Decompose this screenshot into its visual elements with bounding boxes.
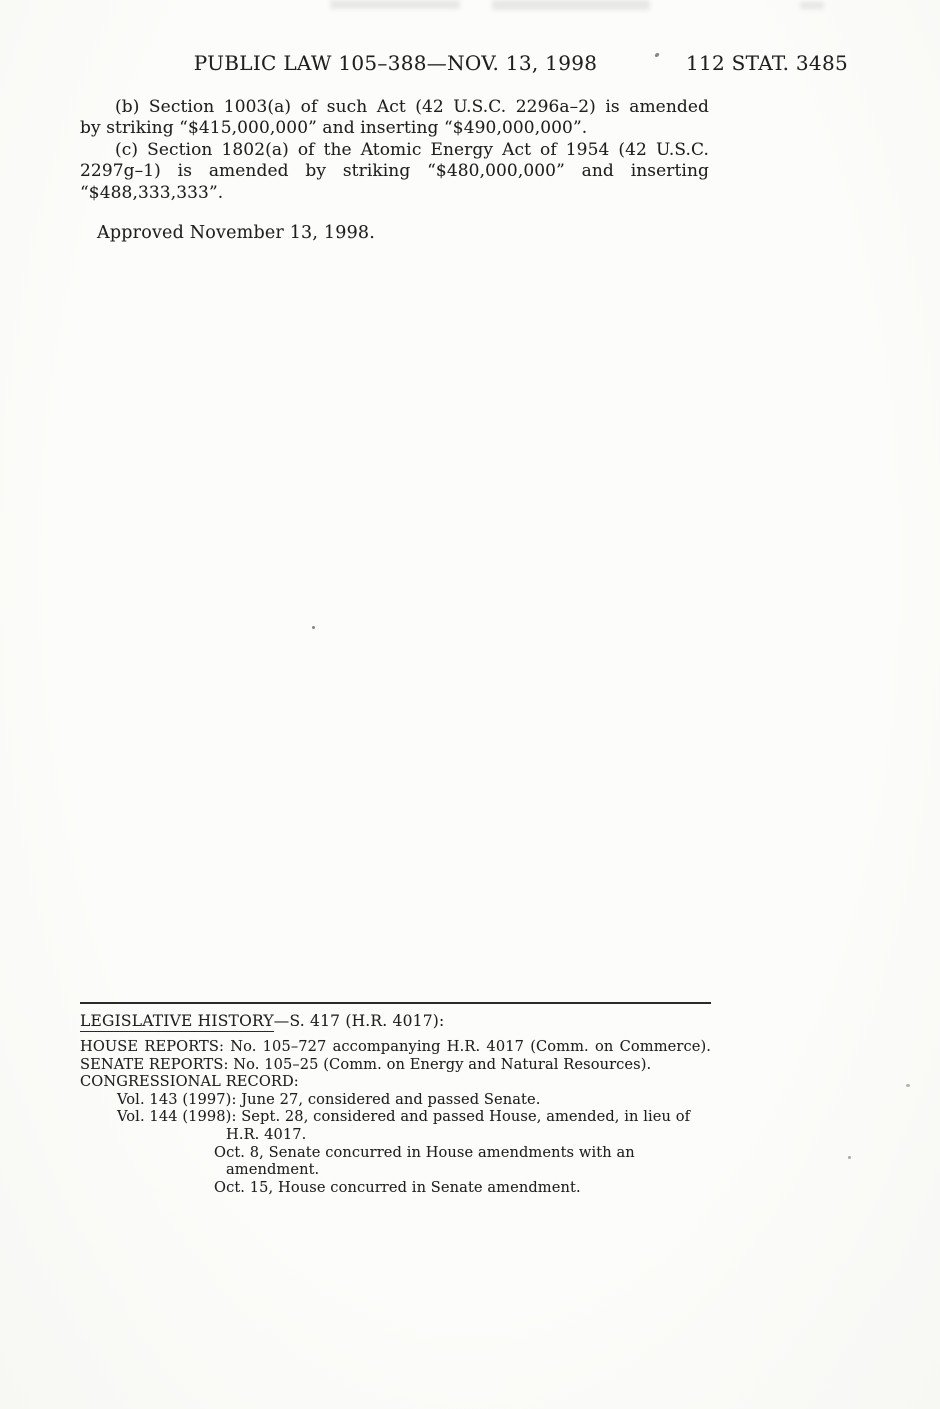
scan-artifact bbox=[800, 2, 824, 9]
law-running-title: PUBLIC LAW 105–388—NOV. 13, 1998 bbox=[80, 51, 711, 75]
scan-artifact bbox=[492, 0, 650, 10]
statute-page-ref: 112 STAT. 3485 bbox=[686, 51, 848, 75]
legislative-history: LEGISLATIVE HISTORY—S. 417 (H.R. 4017): … bbox=[80, 1002, 711, 1196]
body-line-b2: by striking “$415,000,000” and inserting… bbox=[80, 118, 709, 139]
body-line-c1: (c) Section 1802(a) of the Atomic Energy… bbox=[80, 140, 709, 161]
house-reports-line: HOUSE REPORTS: No. 105–727 accompanying … bbox=[80, 1038, 711, 1056]
document-page: PUBLIC LAW 105–388—NOV. 13, 1998 112 STA… bbox=[0, 0, 940, 1409]
legislative-history-heading: LEGISLATIVE HISTORY—S. 417 (H.R. 4017): bbox=[80, 1012, 711, 1031]
page-header: PUBLIC LAW 105–388—NOV. 13, 1998 112 STA… bbox=[0, 51, 940, 77]
record-line-vol144: Vol. 144 (1998): Sept. 28, considered an… bbox=[117, 1108, 711, 1126]
record-line-vol144-cont: H.R. 4017. bbox=[226, 1126, 711, 1144]
record-line-oct15: Oct. 15, House concurred in Senate amend… bbox=[214, 1179, 711, 1197]
record-line-oct8: Oct. 8, Senate concurred in House amendm… bbox=[214, 1144, 711, 1162]
body-line-c2: 2297g–1) is amended by striking “$480,00… bbox=[80, 161, 709, 182]
law-body: (b) Section 1003(a) of such Act (42 U.S.… bbox=[80, 97, 709, 204]
legislative-history-label: LEGISLATIVE HISTORY bbox=[80, 1012, 274, 1032]
senate-reports-line: SENATE REPORTS: No. 105–25 (Comm. on Ene… bbox=[80, 1056, 711, 1074]
scan-speck bbox=[312, 626, 315, 629]
body-line-c3: “$488,333,333”. bbox=[80, 183, 709, 204]
approval-line: Approved November 13, 1998. bbox=[97, 223, 375, 243]
record-line-oct8-cont: amendment. bbox=[226, 1161, 711, 1179]
congressional-record-label: CONGRESSIONAL RECORD: bbox=[80, 1073, 711, 1091]
scan-speck bbox=[848, 1156, 851, 1159]
divider-rule bbox=[80, 1002, 711, 1004]
body-line-b1: (b) Section 1003(a) of such Act (42 U.S.… bbox=[80, 97, 709, 118]
scan-speck bbox=[906, 1084, 910, 1087]
legislative-history-bill-ref: —S. 417 (H.R. 4017): bbox=[274, 1012, 445, 1030]
scan-artifact bbox=[330, 0, 460, 9]
record-line-vol143: Vol. 143 (1997): June 27, considered and… bbox=[117, 1091, 711, 1109]
